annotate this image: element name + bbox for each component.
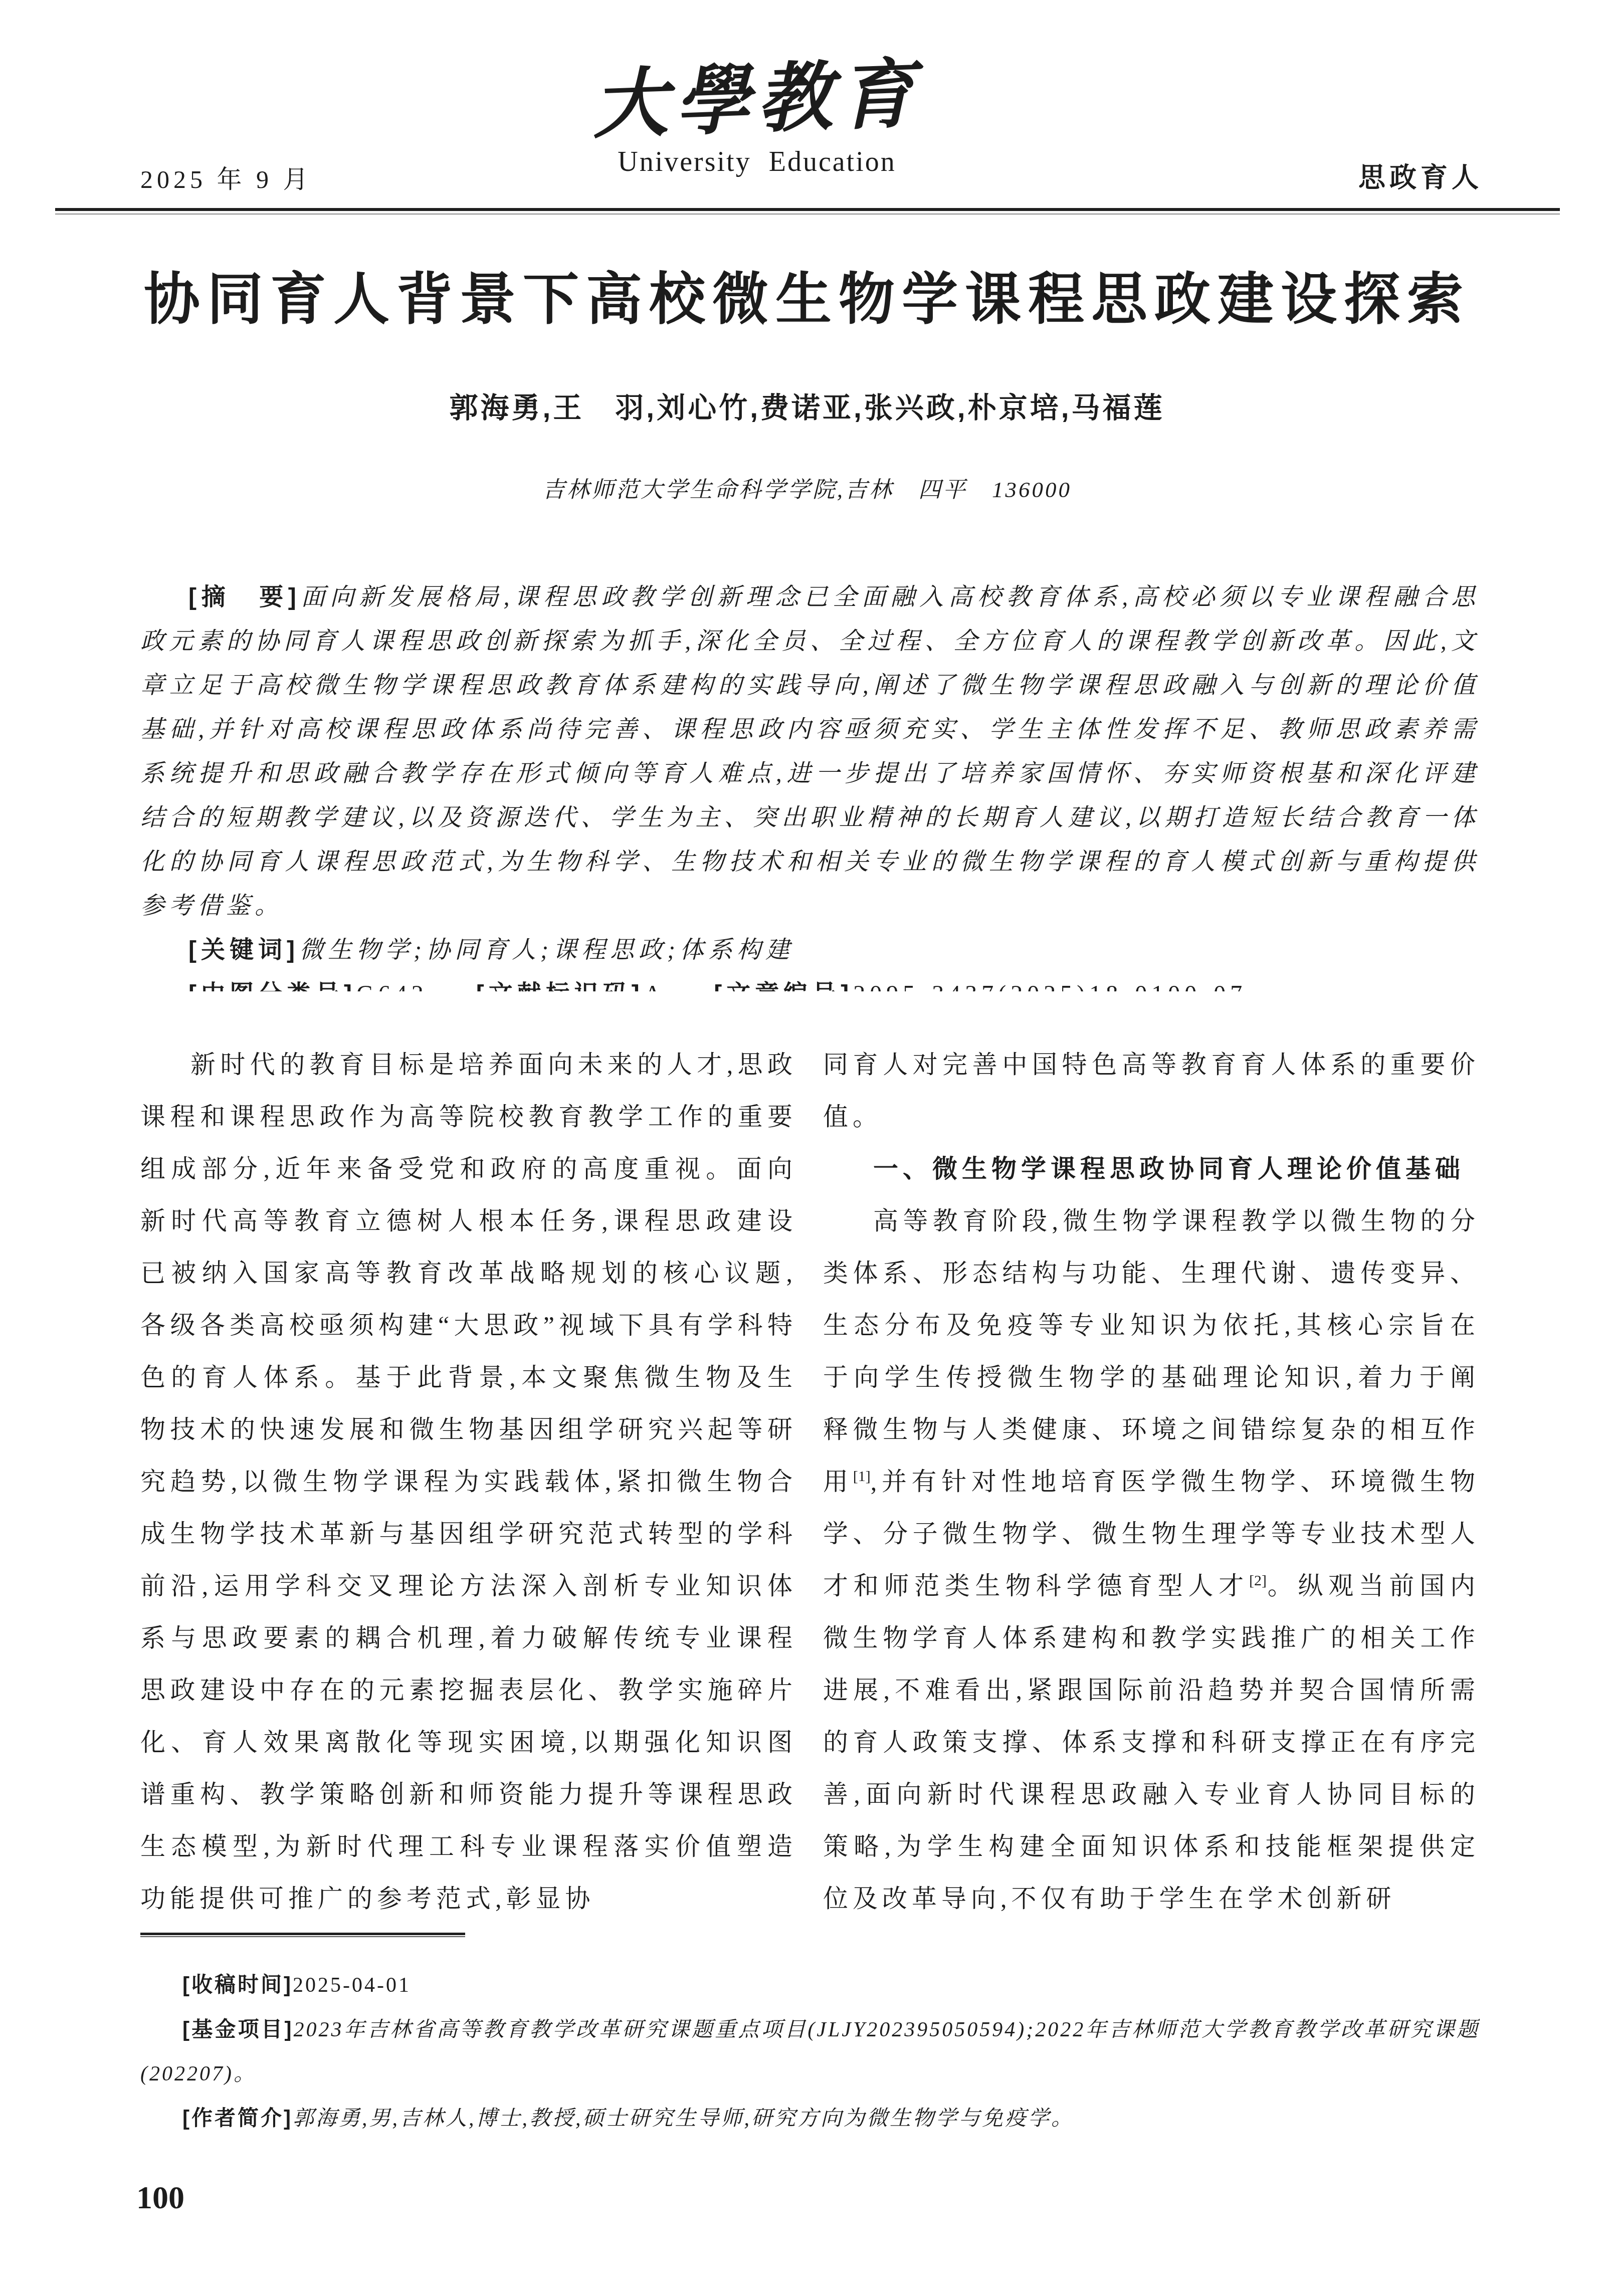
section-1-text-a: 高等教育阶段,微生物学课程教学以微生物的分类体系、形态结构与功能、生理代谢、遗传… [823,1207,1480,1496]
clc-group: [中图分类号]G642 [188,981,428,991]
journal-logo-calligraphy: 大學教育 [591,55,922,146]
body-left-column: 新时代的教育目标是培养面向未来的人才,思政课程和课程思政作为高等院校教育教学工作… [140,1038,797,1936]
footnote-fund: [基金项目]2023年吉林省高等教育教学改革研究课题重点项目(JLJY20239… [140,2007,1480,2096]
abstract-paragraph: [摘 要]面向新发展格局,课程思政教学创新理念已全面融入高校教育体系,高校必须以… [140,575,1480,928]
abstract-label: [摘 要] [188,584,301,610]
received-date-label: [收稿时间] [182,1973,293,1996]
fund-project-label: [基金项目] [182,2017,293,2041]
article-no-group: [文章编号]2095-3437(2025)18-0100-07 [714,981,1247,991]
doc-code-group: [文献标识码]A [476,981,666,991]
fund-project-value: 2023年吉林省高等教育教学改革研究课题重点项目(JLJY20239505059… [140,2018,1480,2085]
page-number: 100 [136,2179,184,2216]
section-1-paragraph: 高等教育阶段,微生物学课程教学以微生物的分类体系、形态结构与功能、生理代谢、遗传… [823,1195,1480,1925]
body-right-column: 同育人对完善中国特色高等教育育人体系的重要价值。 一、微生物学课程思政协同育人理… [823,1038,1480,1936]
journal-logo-block: 大學教育 University Education [501,60,1013,179]
intro-paragraph: 新时代的教育目标是培养面向未来的人才,思政课程和课程思政作为高等院校教育教学工作… [140,1038,797,1925]
footnote-received: [收稿时间]2025-04-01 [140,1963,1480,2007]
footnote-separator [140,1933,465,1937]
doc-code-label: [文献标识码] [476,981,644,991]
reference-superscript-2: [2] [1249,1572,1267,1589]
intro-paragraph-continuation: 同育人对完善中国特色高等教育育人体系的重要价值。 [823,1038,1480,1143]
keywords-text: 微生物学;协同育人;课程思政;体系构建 [299,937,794,963]
doc-code-value: A [644,981,666,991]
body-columns: 新时代的教育目标是培养面向未来的人才,思政课程和课程思政作为高等院校教育教学工作… [140,1038,1480,1936]
article-no-label: [文章编号] [714,981,853,991]
section-1-text-c: 。纵观当前国内微生物学育人体系建构和教学实践推广的相关工作进展,不难看出,紧跟国… [823,1572,1480,1913]
author-bio-label: [作者简介] [182,2106,293,2130]
column-section-label: 思政育人 [1358,156,1483,195]
keywords-line: [关键词]微生物学;协同育人;课程思政;体系构建 [140,928,1480,972]
issue-date: 2025 年 9 月 [140,159,312,195]
article-title: 协同育人背景下高校微生物学课程思政建设探索 [0,265,1614,335]
journal-page: { "header": { "issue_date": "2025 年 9 月"… [0,0,1614,2296]
clc-label: [中图分类号] [188,981,356,991]
classification-line: [中图分类号]G642[文献标识码]A[文章编号]2095-3437(2025)… [140,972,1480,991]
footnote-bio: [作者简介]郭海勇,男,吉林人,博士,教授,硕士研究生导师,研究方向为微生物学与… [140,2096,1480,2141]
journal-name-english: University Education [501,144,1013,179]
header-rule [55,208,1560,215]
authors-line: 郭海勇,王 羽,刘心竹,费诺亚,张兴政,朴京培,马福莲 [0,385,1614,426]
received-date-value: 2025-04-01 [293,1974,411,1997]
article-no-value: 2095-3437(2025)18-0100-07 [853,981,1247,991]
keywords-label: [关键词] [188,937,299,963]
clc-value: G642 [356,981,428,991]
author-bio-value: 郭海勇,男,吉林人,博士,教授,硕士研究生导师,研究方向为微生物学与免疫学。 [293,2107,1074,2130]
meta-block: [摘 要]面向新发展格局,课程思政教学创新理念已全面融入高校教育体系,高校必须以… [140,575,1480,991]
footnotes-block: [收稿时间]2025-04-01 [基金项目]2023年吉林省高等教育教学改革研… [140,1963,1480,2141]
section-1-heading: 一、微生物学课程思政协同育人理论价值基础 [823,1143,1480,1195]
reference-superscript-1: [1] [853,1468,871,1485]
affiliation-line: 吉林师范大学生命科学学院,吉林 四平 136000 [0,471,1614,504]
abstract-text: 面向新发展格局,课程思政教学创新理念已全面融入高校教育体系,高校必须以专业课程融… [140,584,1480,919]
